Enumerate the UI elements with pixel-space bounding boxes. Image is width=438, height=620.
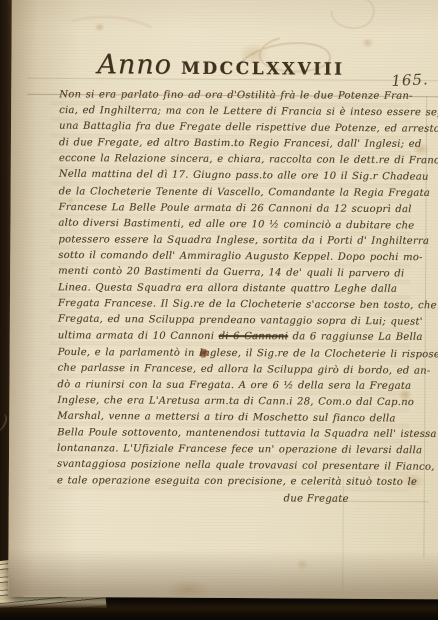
manuscript-line: Linea. Questa Squadra era allora distant…	[58, 280, 398, 298]
line-segment: ultima armata di 10 Cannoni	[58, 331, 219, 343]
page-header: Anno MDCCLXXVIII	[97, 49, 427, 82]
manuscript-line: de la Clocheterie Tenente di Vascello, C…	[59, 184, 399, 202]
manuscript-line: Bella Poule sottovento, mantenendosi tut…	[57, 425, 397, 443]
manuscript-line: Nella mattina del dì 17. Giugno pass.to …	[59, 167, 399, 186]
manuscript-line: alto diversi Bastimenti, ed alle ore 10 …	[58, 215, 398, 234]
title-script-word: Anno	[97, 49, 172, 80]
line-segment: da 6 raggiunse La Bella	[288, 332, 423, 344]
bottom-shadow	[0, 602, 438, 620]
manuscript-line: Poule, e la parlamentò in Inglese, il Si…	[58, 344, 398, 362]
strikethrough-text: di 6 Cannoni	[219, 331, 289, 342]
manuscript-line: di due Fregate, ed altro Bastim.to Regio…	[59, 136, 399, 154]
catchword: due Fregate	[57, 492, 397, 505]
manuscript-photo: Anno MDCCLXXVIII 165. Non si era parlato…	[0, 0, 438, 620]
manuscript-line: che parlasse in Francese, ed allora la S…	[57, 360, 397, 379]
manuscript-line: e tale operazione eseguita con precision…	[57, 474, 397, 492]
manuscript-line: potessero essere la Squadra Inglese, sor…	[58, 232, 398, 250]
folio-number: 165.	[391, 70, 429, 90]
manuscript-sheet: Anno MDCCLXXVIII 165. Non si era parlato…	[8, 0, 438, 599]
manuscript-line-with-strikethrough: ultima armata di 10 Cannoni di 6 Cannoni…	[58, 329, 398, 347]
manuscript-body: Non si era parlato fino ad ora d'Ostilit…	[57, 87, 400, 505]
title-roman-numerals: MDCCLXXVIII	[181, 59, 345, 80]
manuscript-line: Non si era parlato fino ad ora d'Ostilit…	[59, 87, 399, 105]
manuscript-line: dò a riunirsi con la sua Fregata. A ore …	[57, 377, 397, 395]
